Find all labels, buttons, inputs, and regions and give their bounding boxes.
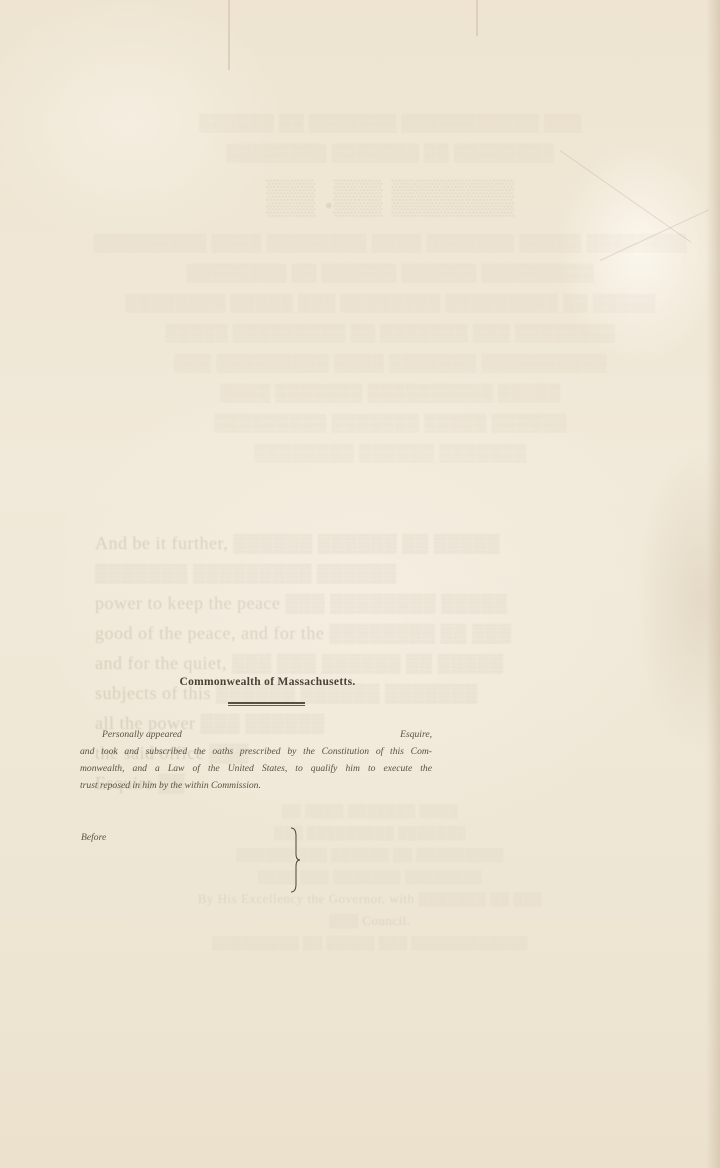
document-heading: Commonwealth of Massachusetts. (160, 676, 375, 688)
oath-lead: Personally appeared (102, 726, 182, 743)
paper-crease (476, 0, 478, 36)
bleed-through-top: ▒▒▒ ▒▒▒▒▒▒▒▒▒▒▒ ▒▒▒▒▒▒▒ ▒▒ ▒▒▒▒▒▒ ▒▒▒▒▒▒… (80, 108, 700, 468)
oath-line: Personally appeared Esquire, (80, 726, 432, 743)
oath-line: monwealth, and a Law of the United State… (80, 760, 432, 777)
paper-crease (228, 0, 230, 70)
page-edge-shadow (706, 0, 720, 1168)
before-label: Before (81, 832, 106, 843)
double-rule-divider (228, 702, 305, 706)
oath-line: trust reposed in him by the within Commi… (80, 777, 432, 794)
brace-icon (288, 826, 302, 894)
oath-paragraph: Personally appeared Esquire, and took an… (80, 726, 432, 794)
oath-line: and took and subscribed the oaths prescr… (80, 743, 432, 760)
bleed-through-lower: ▒▒ ▒▒▒▒ ▒▒▒▒▒▒▒ ▒▒▒▒ ▒▒▒ ▒▒▒▒▒▒▒▒▒ ▒▒▒▒▒… (160, 800, 580, 954)
oath-title-suffix: Esquire, (400, 726, 432, 743)
